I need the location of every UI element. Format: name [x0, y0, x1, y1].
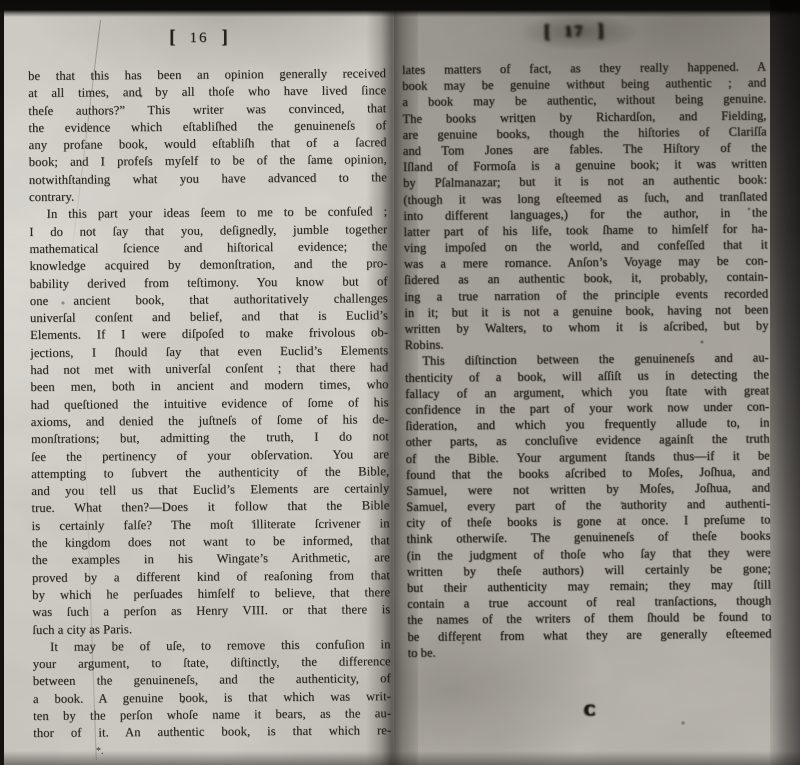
text-line: notwithſtanding what you have advanced t… [29, 169, 387, 189]
left-page-number: 16 [190, 30, 209, 46]
scan-top-edge [0, 0, 800, 17]
text-line: monſtrations; but, admitting the truth, … [31, 428, 389, 448]
text-line: knowledge acquired by demonſtration, and… [29, 255, 387, 275]
open-bracket: [ [169, 27, 176, 48]
text-line: thor of it. An authentic book, is that w… [33, 722, 391, 742]
left-page-header: [16] [4, 26, 394, 48]
scan-bottom-edge [0, 751, 800, 765]
right-page-header: [17] [544, 19, 605, 42]
text-line: at all times, and by all thoſe who have … [28, 82, 386, 102]
right-page: [17] lates matters of fact, as they real… [394, 8, 800, 765]
right-page-number: 17 [564, 23, 584, 40]
text-line: the examples in his Wingate’s Arithmetic… [32, 549, 390, 569]
open-bracket: [ [544, 21, 552, 42]
signature-mark: C [584, 702, 596, 720]
right-page-text: lates matters of fact, as they really ha… [402, 59, 772, 661]
book-scan: [16] be that this has been an opinion ge… [0, 0, 800, 765]
close-bracket: ] [597, 20, 605, 41]
left-page-text: be that this has been an opinion general… [28, 65, 391, 742]
close-bracket: ] [222, 27, 229, 48]
book-gutter-shadow [366, 0, 418, 765]
text-line: was ſuch a perſon as Henry VIII. or that… [32, 601, 390, 621]
scan-right-edge [770, 0, 800, 765]
ink-specks [0, 0, 2, 2]
left-page: [16] be that this has been an opinion ge… [4, 10, 394, 765]
